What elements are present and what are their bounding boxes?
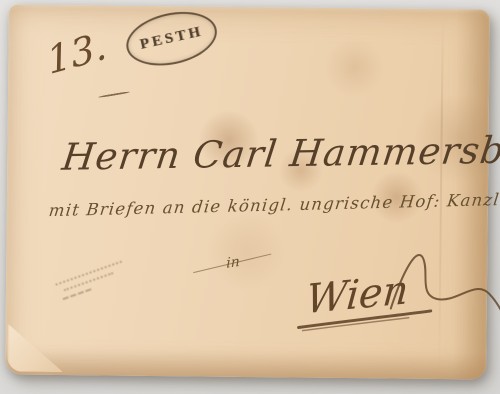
postmark-text: PESTH [138, 24, 204, 54]
address-line-2: mit Briefen an die königl. ungrische Hof… [48, 190, 500, 221]
letter-cover: 13. PESTH Herrn Carl Hammersberg mit Bri… [5, 4, 490, 379]
photo-background: 13. PESTH Herrn Carl Hammersberg mit Bri… [0, 0, 500, 394]
corner-crease [7, 321, 64, 372]
rate-dash-stroke [98, 91, 130, 98]
faded-smudge-mark [53, 255, 132, 316]
rate-marking: 13. [44, 23, 109, 83]
pesth-postmark-oval: PESTH [121, 4, 222, 74]
address-line-1: Herrn Carl Hammersberg [60, 128, 500, 179]
